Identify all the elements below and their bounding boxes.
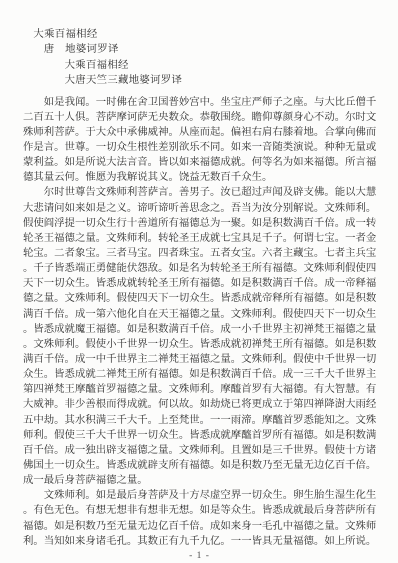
text-line: 。皆悉成就魔王福德。如是积数满百千倍。成一小千世界主初禅梵王福德之量: [23, 322, 376, 337]
text-line: 师利。假使三千大千世界一切众生。皆悉成就摩醯首罗所有福德。如是积数满: [23, 428, 376, 443]
header-line: 唐 地婆诃罗译: [23, 42, 376, 57]
text-line: 文殊师利。如是最后身菩萨及十方尽虚空界一切众生。卵生胎生湿生化生: [23, 488, 376, 503]
text-line: 满百千倍。成一中千世界主二禅梵王福德之量。文殊师利。假使中千世界一切: [23, 352, 376, 367]
paragraph: 如是我闻。一时佛在舍卫国普妙宫中。坐宝庄严师子之座。与大比丘僧千二百五十人俱。菩…: [23, 95, 376, 186]
text-line: 轮圣王福德之量。文殊师利。转轮圣王成就七宝具足千子。何谓七宝。一者金: [23, 231, 376, 246]
text-line: 满百千倍。成一第六他化自在天王福德之量。文殊师利。假使四天下一切众生: [23, 307, 376, 322]
text-line: 尔时世尊告文殊师利菩萨言。善男子。汝已超过声闻及辟支佛。能以大慧: [23, 185, 376, 200]
scanned-sutra-page: 大乘百福相经唐 地婆诃罗译大乘百福相经大唐天竺三藏地婆诃罗译 如是我闻。一时佛在…: [0, 0, 398, 563]
header-line: 大乘百福相经: [23, 58, 376, 73]
text-line: 。千子皆悉端正勇健能伏怨敌。如是名为转轮圣王所有福德。文殊师利假使四: [23, 261, 376, 276]
paragraph: 文殊师利。如是最后身菩萨及十方尽虚空界一切众生。卵生胎生湿生化生。有色无色。有想…: [23, 488, 376, 549]
text-line: 如是我闻。一时佛在舍卫国普妙宫中。坐宝庄严师子之座。与大比丘僧千: [23, 95, 376, 110]
text-line: 百千倍。成一独出辟支福德之量。文殊师利。且置如是三千世界。假使十方诸: [23, 443, 376, 458]
text-line: 大威神。非少善根而得成就。何以故。如劫烧已将更成立于第四禅降澍大雨经: [23, 397, 376, 412]
text-line: 天下一切众生。皆悉成就转轮圣王所有福德。如是积数满百千倍。成一帝释福: [23, 276, 376, 291]
text-line: 二百五十人俱。菩萨摩诃萨无央数众。恭敬围绕。瞻仰尊颜身心不动。尔时文: [23, 110, 376, 125]
paragraph: 尔时世尊告文殊师利菩萨言。善男子。汝已超过声闻及辟支佛。能以大慧大悲请问如来如是…: [23, 185, 376, 488]
text-line: 作是言。世尊。一切众生根性差别欲乐不同。如来一音随类演说。种种无量或: [23, 140, 376, 155]
text-line: 佛国土一切众生。皆悉成就辟支所有福德。如是积数乃至无量无边亿百千倍。: [23, 458, 376, 473]
text-line: 假使阎浮提一切众生行十善道所有福德总为一聚。如是积数满百千倍。成一转: [23, 216, 376, 231]
text-line: 。有色无色。有想无想非有想非无想。如是等众生。皆悉成就最后身菩萨所有: [23, 503, 376, 518]
text-line: 福德。如是积数乃至无量无边亿百千倍。成如来身一毛孔中福德之量。文殊师: [23, 519, 376, 534]
text-line: 轮宝。二者象宝。三者马宝。四者珠宝。五者女宝。六者主藏宝。七者主兵宝: [23, 246, 376, 261]
text-line: 利。当知如来身诸毛孔。其数正有九千九亿。一一皆具无量福德。如上所说。: [23, 534, 376, 549]
sutra-header: 大乘百福相经唐 地婆诃罗译大乘百福相经大唐天竺三藏地婆诃罗译: [23, 27, 376, 89]
text-line: 众生。皆悉成就二禅梵王所有福德。如是积数满百千倍。成一三千大千世界主: [23, 367, 376, 382]
text-line: 第四禅梵王摩醯首罗福德之量。文殊师利。摩醯首罗有大福德。有大智慧。有: [23, 382, 376, 397]
text-line: 五中劫。其水积满三千大千。上至梵世。一一雨渧。摩醯首罗悉能知之。文殊: [23, 413, 376, 428]
header-line: 大乘百福相经: [23, 27, 376, 42]
text-line: 。文殊师利。假使小千世界一切众生。皆悉成就初禅梵王所有福德。如是积数: [23, 337, 376, 352]
text-line: 大悲请问如来如是之义。谛听谛听善思念之。吾当为汝分别解说。文殊师利。: [23, 201, 376, 216]
page-number: - 1 -: [23, 551, 376, 561]
text-line: 殊师利菩萨。于大众中承佛威神。从座而起。偏袒右肩右膝着地。合掌向佛而: [23, 125, 376, 140]
text-line: 德之量。文殊师利。假使四天下一切众生。皆悉成就帝释所有福德。如是积数: [23, 291, 376, 306]
sutra-body: 如是我闻。一时佛在舍卫国普妙宫中。坐宝庄严师子之座。与大比丘僧千二百五十人俱。菩…: [23, 95, 376, 549]
text-line: 成一最后身菩萨福德之量。: [23, 473, 376, 488]
text-line: 德其量云何。惟愿为我解说其义。饶益无数百千众生。: [23, 170, 376, 185]
header-line: 大唐天竺三藏地婆诃罗译: [23, 73, 376, 88]
text-line: 蒙利益。如是所说大法言音。皆以如来福德成就。何等名为如来福德。所言福: [23, 155, 376, 170]
